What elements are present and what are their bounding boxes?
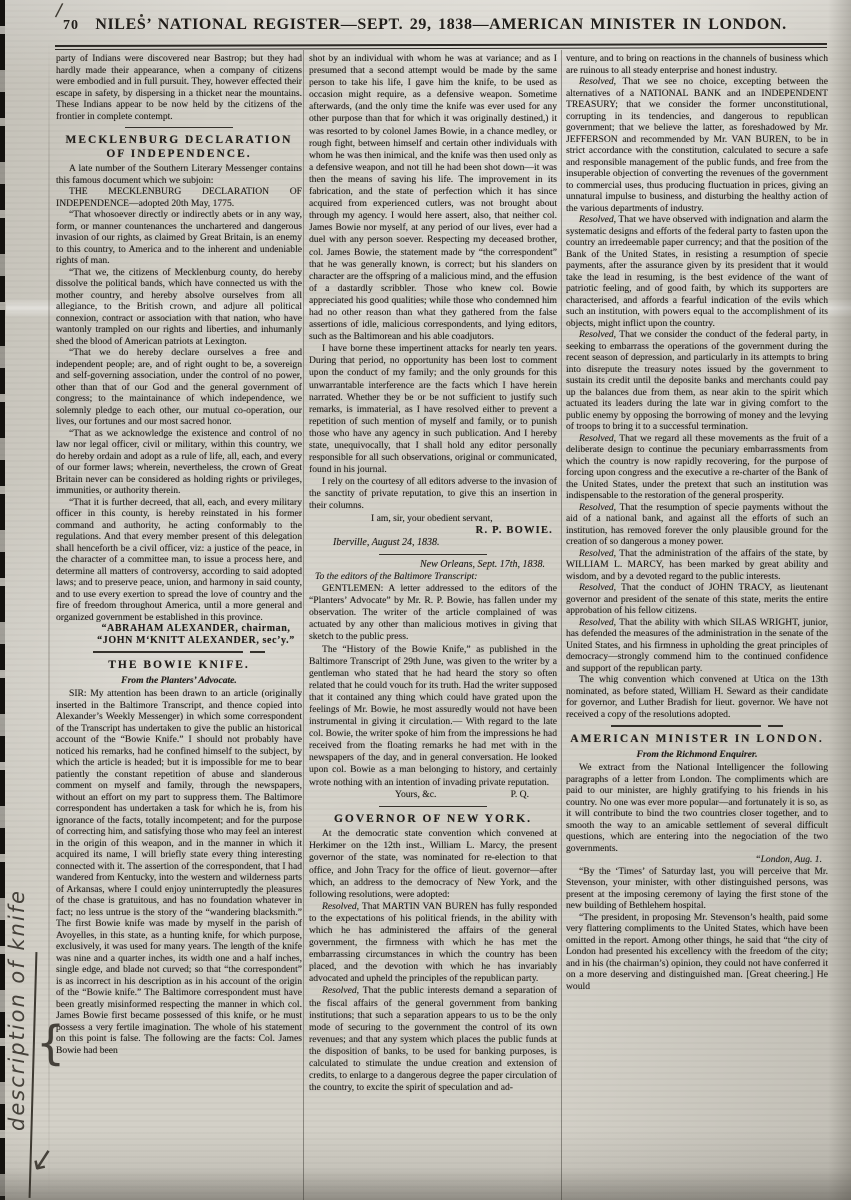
paragraph: “That it is further decreed, that all, e… — [56, 497, 302, 624]
header-double-rule — [55, 43, 827, 50]
paragraph: Resolved, That MARTIN VAN BUREN has full… — [309, 901, 557, 986]
column-rule-1 — [303, 50, 304, 1200]
paragraph: “By the ‘Times’ of Saturday last, you wi… — [566, 866, 828, 912]
dateline: New Orleans, Sept. 17th, 1838. — [309, 559, 557, 571]
paragraph: venture, and to bring on reactions in th… — [566, 53, 828, 76]
paragraph: Resolved, That we see no choice, excepti… — [566, 76, 828, 214]
handwritten-brace: { — [36, 1016, 65, 1070]
article-source: From the Planters’ Advocate. — [56, 675, 302, 687]
paragraph: “That we, the citizens of Mecklenburg co… — [56, 267, 302, 348]
column-3: venture, and to bring on reactions in th… — [566, 53, 828, 1200]
paragraph: Resolved, That the public interests dema… — [309, 985, 557, 1094]
paragraph: “That whosoever directly or indirectly a… — [56, 209, 302, 267]
paragraph: We extract from the National Intelligenc… — [566, 762, 828, 854]
paragraph: I rely on the courtesy of all editors ad… — [309, 476, 557, 512]
paragraph: At the democratic state convention which… — [309, 828, 557, 901]
section-divider — [566, 725, 828, 727]
paragraph: A late number of the Southern Literary M… — [56, 163, 302, 186]
masthead-title: NILES’ NATIONAL REGISTER—SEPT. 29, 1838—… — [55, 16, 827, 34]
column-rule-2 — [561, 50, 562, 1200]
salutation: To the editors of the Baltimore Transcri… — [309, 571, 557, 583]
article-title: THE BOWIE KNIFE. — [56, 659, 302, 673]
scan-shadow-right — [828, 0, 851, 1200]
paragraph: SIR: My attention has been drawn to an a… — [56, 688, 302, 1056]
paragraph: GENTLEMEN: A letter addressed to the edi… — [309, 583, 557, 643]
closing-line: I am, sir, your obedient servant, — [309, 513, 557, 525]
article-title: MECKLENBURG DECLARATION OF INDEPENDENCE. — [56, 134, 302, 161]
dateline: “London, Aug. 1. — [566, 854, 828, 866]
paragraph: Resolved, That the ability with which SI… — [566, 617, 828, 675]
scan-shadow-bottom — [0, 1168, 851, 1200]
paragraph: The whig convention which convened at Ut… — [566, 674, 828, 720]
signature: “JOHN M‘KNITT ALEXANDER, sec’y.” — [56, 635, 302, 647]
dateline: Iberville, August 24, 1838. — [309, 537, 557, 549]
column-1: party of Indians were discovered near Ba… — [56, 53, 302, 1200]
article-source: From the Richmond Enquirer. — [566, 749, 828, 761]
paragraph: Resolved, That the administration of the… — [566, 548, 828, 583]
paragraph: party of Indians were discovered near Ba… — [56, 53, 302, 122]
paragraph: Resolved, That the resumption of specie … — [566, 502, 828, 548]
signature-line: Yours, &c.P. Q. — [309, 789, 557, 801]
newspaper-page: 70 NILES’ NATIONAL REGISTER—SEPT. 29, 18… — [0, 0, 851, 1200]
ink-speck — [140, 14, 143, 17]
article-title: GOVERNOR OF NEW YORK. — [309, 813, 557, 827]
paragraph: Resolved, That we have observed with ind… — [566, 214, 828, 329]
paragraph: Resolved, That we regard all these movem… — [566, 433, 828, 502]
article-title: AMERICAN MINISTER IN LONDON. — [566, 733, 828, 747]
paragraph: Resolved, That the conduct of JOHN TRACY… — [566, 582, 828, 617]
paragraph: Resolved, That we consider the conduct o… — [566, 329, 828, 433]
paragraph: The “History of the Bowie Knife,” as pub… — [309, 644, 557, 789]
paragraph: I have borne these impertinent attacks f… — [309, 343, 557, 476]
section-divider — [56, 651, 302, 653]
paragraph: “That we do hereby declare ourselves a f… — [56, 347, 302, 428]
paragraph: THE MECKLENBURG DECLARATION OF INDEPENDE… — [56, 186, 302, 209]
paragraph: “That as we acknowledge the existence an… — [56, 428, 302, 497]
signature: “ABRAHAM ALEXANDER, chairman, — [56, 623, 302, 635]
section-divider — [379, 806, 487, 807]
page-header: 70 NILES’ NATIONAL REGISTER—SEPT. 29, 18… — [55, 14, 827, 40]
section-divider — [379, 554, 487, 555]
signature: R. P. BOWIE. — [309, 525, 557, 537]
paragraph: “The president, in proposing Mr. Stevens… — [566, 912, 828, 993]
section-divider — [125, 127, 233, 128]
column-2: shot by an individual with whom he was a… — [309, 53, 557, 1200]
paragraph: shot by an individual with whom he was a… — [309, 53, 557, 343]
